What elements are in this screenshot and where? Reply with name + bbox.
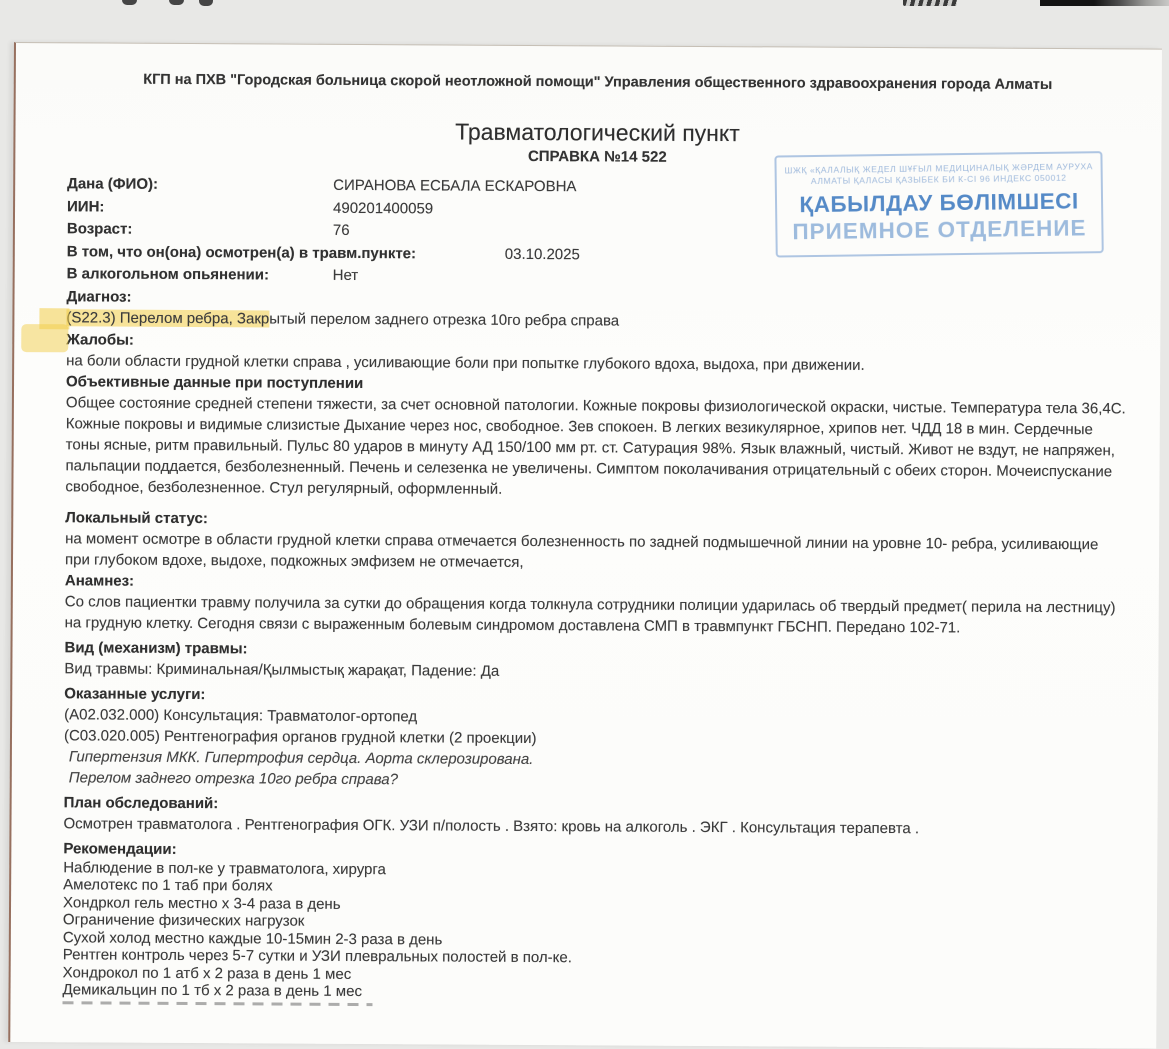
field-label: Возраст: — [67, 218, 333, 242]
document-title: Травматологический пункт — [67, 119, 1127, 146]
anamnesis-text: Со слов пациентки травму получила за сут… — [65, 591, 1125, 639]
cropped-icon — [199, 0, 213, 6]
cropped-icon — [169, 0, 184, 5]
stamp-russian-line: ПРИЕМНОЕ ОТДЕЛЕНИЕ — [785, 214, 1093, 245]
reception-stamp: ШЖҚ «ҚАЛАЛЫҚ ЖЕДЕЛ ШҰҒЫЛ МЕДИЦИНАЛЫҚ ЖӘР… — [774, 151, 1103, 257]
document-photo: КГП на ПХВ "Городская больница скорой не… — [8, 42, 1162, 1009]
field-value: 76 — [333, 220, 350, 243]
document-sections: Жалобы:на боли области грудной клетки сп… — [62, 329, 1126, 1005]
field-value: Нет — [333, 265, 359, 288]
diagnosis-rest-text: ытый перелом заднего отрезка 10го ребра … — [269, 310, 619, 329]
field-label: ИИН: — [67, 196, 333, 220]
stamp-kazakh-line: ҚАБЫЛДАУ БӨЛІМШЕСІ — [785, 187, 1093, 218]
field-value: СИРАНОВА ЕСБАЛА ЕСКАРОВНА — [333, 175, 576, 199]
cropped-hatched-icon — [903, 0, 957, 6]
objective-text: Общее состояние средней степени тяжести,… — [65, 392, 1126, 503]
cut-off-text-line — [62, 1001, 372, 1006]
diagnosis-highlighted-text: (S22.3) Перелом ребра, Закр — [66, 309, 269, 327]
cropped-icon — [122, 0, 137, 5]
hospital-header: КГП на ПХВ "Городская больница скорой не… — [68, 69, 1128, 96]
field-label: В том, что он(она) осмотрен(а) в травм.п… — [67, 241, 505, 266]
local-status-text: на момент осмотре в области грудной клет… — [65, 528, 1125, 576]
cropped-dark-bar-icon — [1040, 0, 1169, 6]
field-value: 03.10.2025 — [505, 243, 580, 266]
field-label: В алкогольном опьянении: — [67, 263, 333, 287]
field-label: Дана (ФИО): — [67, 173, 333, 197]
field-value: 490201400059 — [333, 197, 433, 220]
